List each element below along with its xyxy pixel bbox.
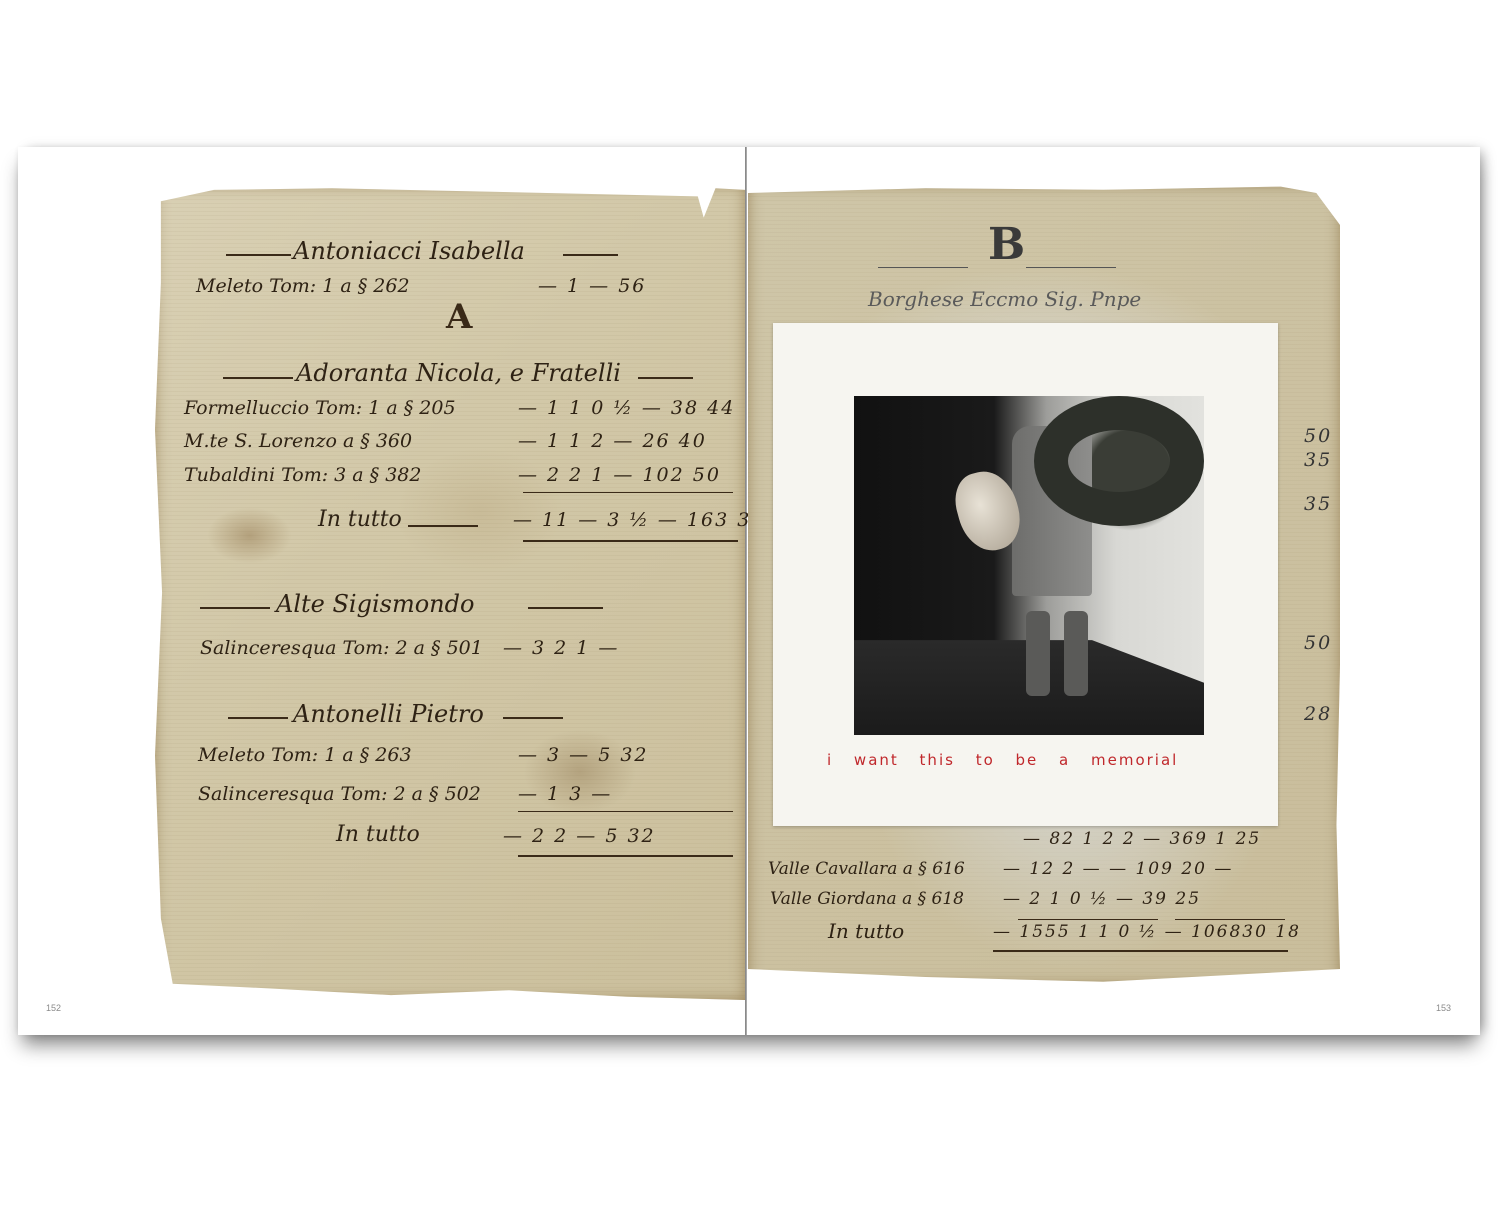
- section-letter: A: [446, 297, 472, 337]
- sum-rule: [523, 540, 738, 542]
- sum-rule: [1018, 919, 1158, 920]
- margin-figure: 35: [1304, 449, 1332, 471]
- black-and-white-photograph: [854, 396, 1204, 735]
- entry-row: Salinceresqua Tom: 2 a § 501: [200, 637, 483, 659]
- flourish-rule: [226, 254, 291, 256]
- flourish-rule: [563, 254, 618, 256]
- flourish-rule: [503, 717, 563, 719]
- entry-amount: — 3 — 5 32: [518, 744, 649, 766]
- entry-heading: Antonelli Pietro: [293, 700, 484, 728]
- photo-caption: i want this to be a memorial: [827, 751, 1227, 769]
- entry-amount: — 1 1 2 — 26 40: [518, 430, 707, 452]
- total-label: In tutto: [828, 919, 904, 943]
- entry-heading: Adoranta Nicola, e Fratelli: [296, 359, 621, 387]
- total-label: In tutto: [336, 822, 420, 847]
- entry-amount: — 3 2 1 —: [503, 637, 619, 659]
- entry-amount: — 1 3 —: [518, 783, 612, 805]
- entry-heading: Alte Sigismondo: [276, 590, 474, 618]
- flourish-rule: [408, 525, 478, 527]
- entry-row: Salinceresqua Tom: 2 a § 502: [198, 783, 481, 805]
- entry-amount: — 12 2 — — 109 20 —: [1003, 859, 1233, 879]
- margin-figure: 28: [1304, 703, 1332, 725]
- flourish-rule: [228, 717, 288, 719]
- total-amount: — 1555 1 1 0 ½ — 106830 18: [993, 922, 1301, 942]
- flourish-rule: [1026, 267, 1116, 268]
- margin-figure: 50: [1304, 425, 1332, 447]
- entry-row: Tubaldini Tom: 3 a § 382: [184, 464, 421, 486]
- entry-row: Meleto Tom: 1 a § 262: [196, 275, 410, 297]
- book-gutter: [745, 147, 747, 1035]
- flourish-rule: [200, 607, 270, 609]
- book-spread: Antoniacci Isabella Meleto Tom: 1 a § 26…: [18, 147, 1480, 1035]
- total-amount: — 11 — 3 ½ — 163 34: [513, 509, 765, 531]
- entry-row: Meleto Tom: 1 a § 263: [198, 744, 412, 766]
- entry-amount: — 2 1 0 ½ — 39 25: [1003, 889, 1201, 909]
- entry-row: M.te S. Lorenzo a § 360: [184, 430, 412, 452]
- page-number-left: 152: [46, 1003, 61, 1013]
- sum-rule: [523, 492, 733, 493]
- entry-amount: — 1 1 0 ½ — 38 44: [518, 397, 735, 419]
- entry-amount: — 2 2 1 — 102 50: [518, 464, 721, 486]
- entry-row: Valle Giordana a § 618: [770, 889, 964, 909]
- flourish-rule: [878, 267, 968, 268]
- photo-wreath: [1034, 396, 1204, 526]
- margin-figure: 35: [1304, 493, 1332, 515]
- entry-row: Valle Cavallara a § 616: [768, 859, 965, 879]
- entry-heading: Antoniacci Isabella: [293, 237, 525, 265]
- photo-mount: i want this to be a memorial: [773, 323, 1278, 826]
- photo-boot: [1064, 611, 1088, 696]
- sum-rule: [1175, 919, 1285, 920]
- flourish-rule: [223, 377, 293, 379]
- total-label: In tutto: [318, 507, 402, 532]
- entry-amount: — 1 — 56: [538, 275, 646, 297]
- flourish-rule: [528, 607, 603, 609]
- sum-rule: [993, 950, 1288, 952]
- entry-amount: — 82 1 2 2 — 369 1 25: [1023, 829, 1261, 849]
- entry-row: Formelluccio Tom: 1 a § 205: [184, 397, 456, 419]
- margin-figure: 50: [1304, 632, 1332, 654]
- photo-boot: [1026, 611, 1050, 696]
- page-number-right: 153: [1436, 1003, 1451, 1013]
- sum-rule: [518, 811, 733, 812]
- section-letter: B: [988, 219, 1025, 270]
- entry-heading: Borghese Eccmo Sig. Pnpe: [868, 287, 1141, 311]
- total-amount: — 2 2 — 5 32: [503, 825, 656, 847]
- flourish-rule: [638, 377, 693, 379]
- sum-rule: [518, 855, 733, 857]
